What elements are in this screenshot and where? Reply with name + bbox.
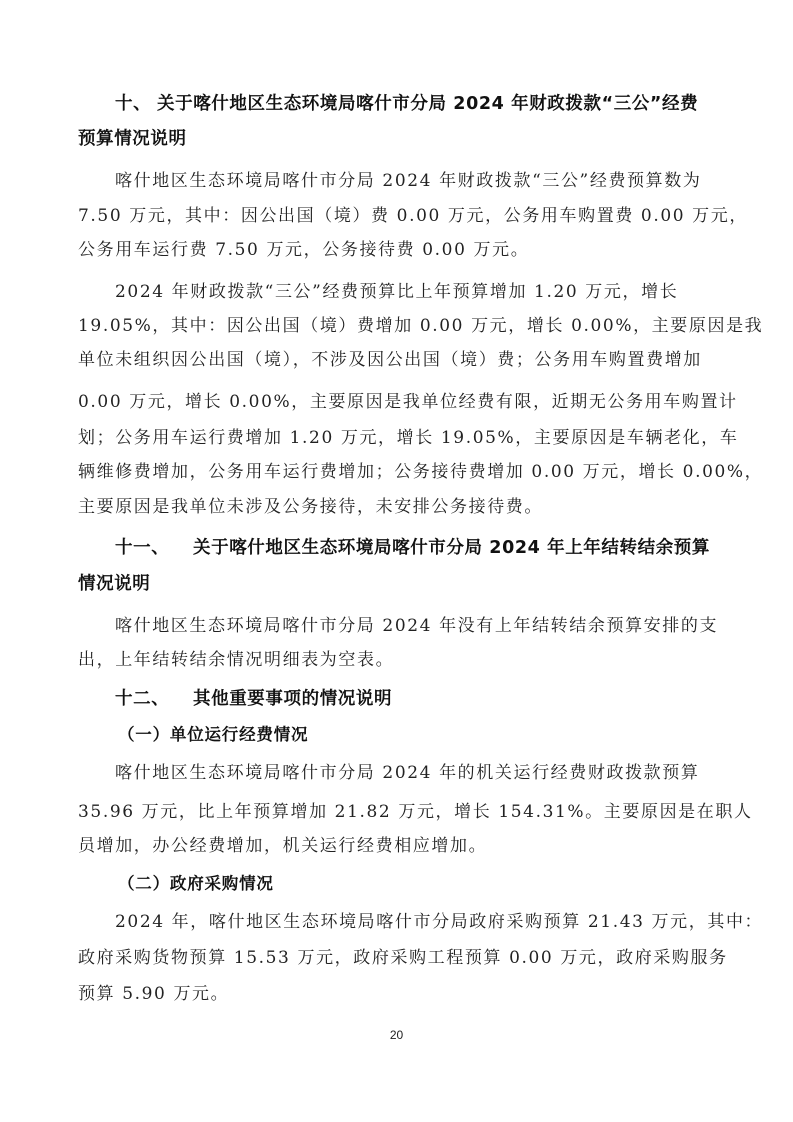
paragraph-line: 划；公务用车运行费增加 1.20 万元，增长 19.05%，主要原因是车辆老化，… [78, 428, 738, 448]
paragraph-line: 19.05%，其中：因公出国（境）费增加 0.00 万元，增长 0.00%，主要… [78, 316, 763, 336]
subsection-heading: （一）单位运行经费情况 [118, 725, 308, 745]
paragraph-line: 预算 5.90 万元。 [78, 984, 229, 1004]
paragraph-line: 员增加，办公经费增加，机关运行经费相应增加。 [78, 836, 487, 856]
paragraph-line: 喀什地区生态环境局喀什市分局 2024 年的机关运行经费财政拨款预算 [115, 763, 699, 783]
section-heading: 十二、其他重要事项的情况说明 [115, 689, 392, 709]
heading-text: 关于喀什地区生态环境局喀什市分局 2024 年上年结转结余预算 [193, 538, 710, 558]
section-heading-continued: 情况说明 [78, 574, 150, 594]
paragraph-line: 喀什地区生态环境局喀什市分局 2024 年财政拨款“三公”经费预算数为 [115, 171, 701, 191]
paragraph-line: 2024 年财政拨款“三公”经费预算比上年预算增加 1.20 万元，增长 [115, 282, 678, 302]
paragraph-line: 7.50 万元，其中：因公出国（境）费 0.00 万元，公务用车购置费 0.00… [78, 206, 748, 226]
paragraph-line: 主要原因是我单位未涉及公务接待，未安排公务接待费。 [78, 497, 543, 517]
paragraph-line: 0.00 万元，增长 0.00%，主要原因是我单位经费有限，近期无公务用车购置计 [78, 392, 738, 412]
heading-number: 十一、 [115, 538, 193, 558]
paragraph-line: 政府采购货物预算 15.53 万元，政府采购工程预算 0.00 万元，政府采购服… [78, 948, 728, 968]
paragraph-line: 2024 年，喀什地区生态环境局喀什市分局政府采购预算 21.43 万元，其中： [115, 912, 763, 932]
paragraph-line: 单位未组织因公出国（境），不涉及因公出国（境）费；公务用车购置费增加 [78, 350, 702, 370]
section-heading: 十一、关于喀什地区生态环境局喀什市分局 2024 年上年结转结余预算 [115, 538, 710, 558]
paragraph-line: 公务用车运行费 7.50 万元，公务接待费 0.00 万元。 [78, 240, 529, 260]
section-heading-continued: 预算情况说明 [78, 129, 187, 149]
paragraph-line: 出，上年结转结余情况明细表为空表。 [78, 650, 394, 670]
heading-text: 其他重要事项的情况说明 [193, 689, 392, 709]
paragraph-line: 35.96 万元，比上年预算增加 21.82 万元，增长 154.31%。主要原… [78, 802, 753, 822]
heading-number: 十、 [115, 94, 157, 114]
page-number: 20 [0, 1028, 793, 1042]
heading-text: 关于喀什地区生态环境局喀什市分局 2024 年财政拨款“三公”经费 [157, 94, 698, 114]
heading-number: 十二、 [115, 689, 193, 709]
section-heading: 十、关于喀什地区生态环境局喀什市分局 2024 年财政拨款“三公”经费 [115, 94, 698, 114]
paragraph-line: 辆维修费增加，公务用车运行费增加；公务接待费增加 0.00 万元，增长 0.00… [78, 462, 763, 482]
paragraph-line: 喀什地区生态环境局喀什市分局 2024 年没有上年结转结余预算安排的支 [115, 616, 718, 636]
subsection-heading: （二）政府采购情况 [118, 874, 274, 894]
document-page: 十、关于喀什地区生态环境局喀什市分局 2024 年财政拨款“三公”经费 预算情况… [0, 0, 793, 1122]
